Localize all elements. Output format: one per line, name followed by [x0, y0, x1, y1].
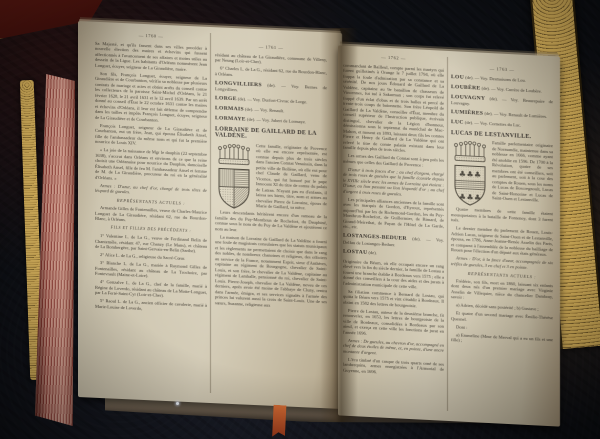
paragraph: commandant de Bailleul, compte parmi les… — [343, 62, 444, 155]
entry-name: LORMAIS — [215, 105, 244, 112]
paragraph: Son fils, François Longuet, écuyer, seig… — [95, 70, 207, 125]
entry-cross-reference: (de). — Voy. Renault. — [244, 107, 284, 114]
paragraph: Les principales alliances anciennes de l… — [343, 196, 444, 234]
entry-cross-reference: (de). — Voy. Jubert de Lormaye. — [246, 117, 306, 125]
column-number: — 1763 — — [451, 64, 553, 75]
right-page: — 1762 — commandant de Bailleul, compte … — [338, 45, 560, 426]
column-divider — [447, 57, 448, 411]
paragraph: Le dernier membre du parlement de Rouen,… — [451, 226, 553, 259]
photo-open-armorial-book: — 1760 — Sa Majesté, et qu'ils fassent d… — [0, 0, 600, 439]
entry-name: LOU — [451, 74, 464, 81]
dictionary-entry: LUC (de). — Voy. Cornettes du Luc. — [451, 119, 553, 131]
right-page-column-1: — 1762 — commandant de Bailleul, compte … — [343, 53, 444, 410]
paragraph: Armande Gilles de Fontenailles, veuve de… — [95, 205, 207, 227]
entry-cross-reference: (de). — Voy. Carrère de Loubère. — [480, 85, 541, 93]
left-page-column-1: — 1760 — Sa Majesté, et qu'ils fassent d… — [95, 31, 207, 392]
right-page-column-2: — 1763 — LOU (de). — Voy. Desmaisons de … — [451, 64, 553, 421]
paragraph: Pierre de Lostau, auteur de la deuxième … — [343, 307, 444, 340]
svg-text:♣: ♣ — [474, 171, 481, 180]
paragraph: a) Emmeline (Mme de Merval qui a eu un f… — [451, 332, 553, 348]
paragraph: Sa filiation commence à Bernard de Losta… — [343, 288, 444, 310]
column-number: — 1761 — — [215, 42, 327, 53]
dictionary-entry: LOSTANGES-BEDUER (de). — Voy. Delfau de … — [343, 233, 444, 250]
left-page: — 1760 — Sa Majesté, et qu'ils fassent d… — [78, 21, 342, 409]
entry-cross-reference: (de). — Voy. Renault de Lumières. — [483, 111, 547, 119]
entry-name: LORGE — [215, 95, 237, 102]
quartered-shield-icon — [217, 166, 251, 210]
armes-blazon: Armes : D'or, à la fasce d'azur, accompa… — [451, 256, 553, 272]
entry-name: LOSTAU — [343, 248, 367, 255]
entry-name: LORMAYE — [215, 115, 246, 122]
svg-text:♣: ♣ — [466, 193, 473, 202]
dictionary-entry: LOUVAGNY (de). — Voy. Beaurepaire de Lou… — [451, 94, 553, 111]
entry-cross-reference: (de). — Voy. Cornettes du Luc. — [464, 120, 521, 128]
paragraph: 1° Valentine L. de La G., veuve de Ferdi… — [95, 233, 207, 255]
paragraph: L'écu timbré d'un casque de trois quarts… — [343, 356, 444, 378]
dictionary-entry: LORMAYE (de). — Voy. Jubert de Lormaye. — [215, 115, 327, 127]
entry-cross-reference: (de). — Voy. Durfort-Civrac de Lorge. — [237, 96, 308, 104]
paragraph: Quatre membres de cette famille étaient … — [451, 207, 553, 229]
column-number: — 1762 — — [343, 53, 444, 64]
armes-blazon: Armes : D'azur, au chef d'or, chargé de … — [95, 182, 207, 198]
paragraph: 5° Raoul L. de La G., ancien officier de… — [95, 298, 207, 314]
armes-blazon: D'azur à trois fasces d'or ; au chef d'a… — [343, 166, 444, 199]
dictionary-entry: LONGVILLIERS (de). — Voy. Bernes de Long… — [215, 80, 327, 97]
paragraph: 4° Gonzalve L. de La G., chef de la fami… — [95, 279, 207, 301]
red-stained-page-edges — [35, 74, 75, 426]
svg-text:♣: ♣ — [459, 170, 466, 179]
column-divider — [210, 33, 211, 393]
comital-crown-icon — [451, 140, 489, 166]
paragraph: « La joie de la naissance de Mgr le daup… — [95, 147, 207, 185]
coat-of-arms-figure — [215, 142, 253, 210]
paragraph: François Longuet, seigneur de La Giraudi… — [95, 122, 207, 149]
svg-text:♣: ♣ — [466, 170, 473, 179]
entry-qualifier: (de). — [367, 249, 377, 254]
entry-name: LOUBÈRE — [451, 84, 480, 91]
column-number: — 1760 — — [95, 31, 207, 42]
paragraph: La maison de Lorraine de Gaillard de La … — [215, 234, 327, 311]
paragraph: 6° Charles L. de La G., résidant 62, rue… — [215, 65, 327, 81]
paragraph: Originaire du Béarn, où elle occupait en… — [343, 258, 444, 291]
entry-cross-reference: (de). — Voy. Desmaisons de Lou. — [464, 74, 526, 82]
paragraph: Leurs descendants héritèrent encore d'un… — [215, 210, 327, 237]
comital-crown-icon — [215, 142, 253, 168]
paragraph: Frédéric, son fils, mort en 1860, laissa… — [451, 278, 553, 305]
dust-speck — [176, 402, 179, 405]
armes-blazon: Armes : De gueules, au chevron d'or, acc… — [343, 337, 444, 359]
paragraph: 3° Blanche L. de La G., mariée à Raymond… — [95, 260, 207, 282]
left-page-column-2: — 1761 — résidant au château de La Girau… — [215, 42, 327, 403]
entry-name: LUMIÈRES — [451, 109, 483, 117]
coat-of-arms-figure: ♣♣♣ ♣♣♣ — [451, 140, 489, 208]
entry-name: LUC — [451, 119, 464, 126]
paragraph: Sa Majesté, et qu'ils fassent dans ses v… — [95, 40, 207, 73]
trefoil-fess-shield-icon: ♣♣♣ ♣♣♣ — [453, 164, 487, 208]
